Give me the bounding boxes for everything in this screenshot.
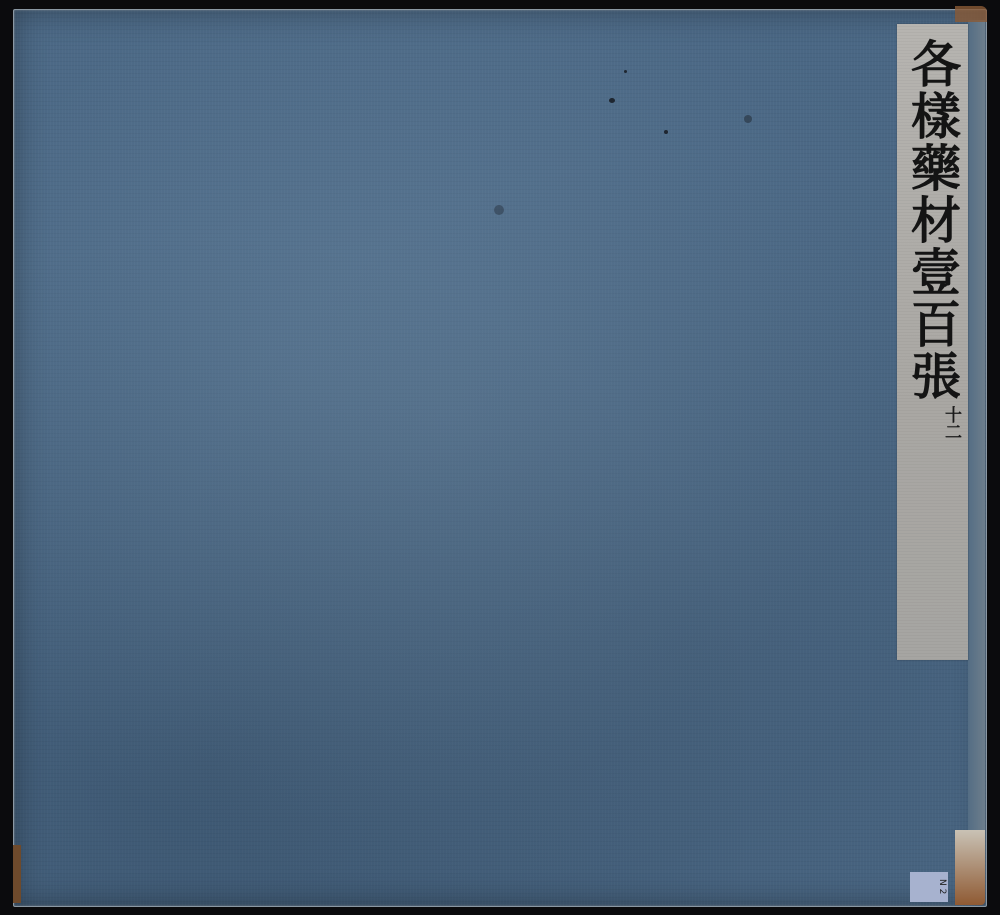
worn-corner-bottom-right [955, 830, 985, 905]
worn-corner-top-right [955, 6, 987, 22]
book-title: 各樣藥材壹百張 [897, 38, 968, 402]
stain-spot [494, 205, 504, 215]
volume-note: 十二 [939, 406, 964, 440]
stain-spot [624, 70, 627, 73]
worn-corner-bottom-left [13, 845, 21, 903]
title-label: 各樣藥材壹百張 十二 [897, 24, 968, 660]
stain-spot [744, 115, 752, 123]
cover-right-edge [968, 20, 985, 900]
book-cover [13, 9, 987, 907]
catalog-tag: N 2 [910, 872, 948, 902]
stain-spot [664, 130, 668, 134]
cover-texture [14, 10, 986, 906]
stain-spot [609, 98, 615, 103]
